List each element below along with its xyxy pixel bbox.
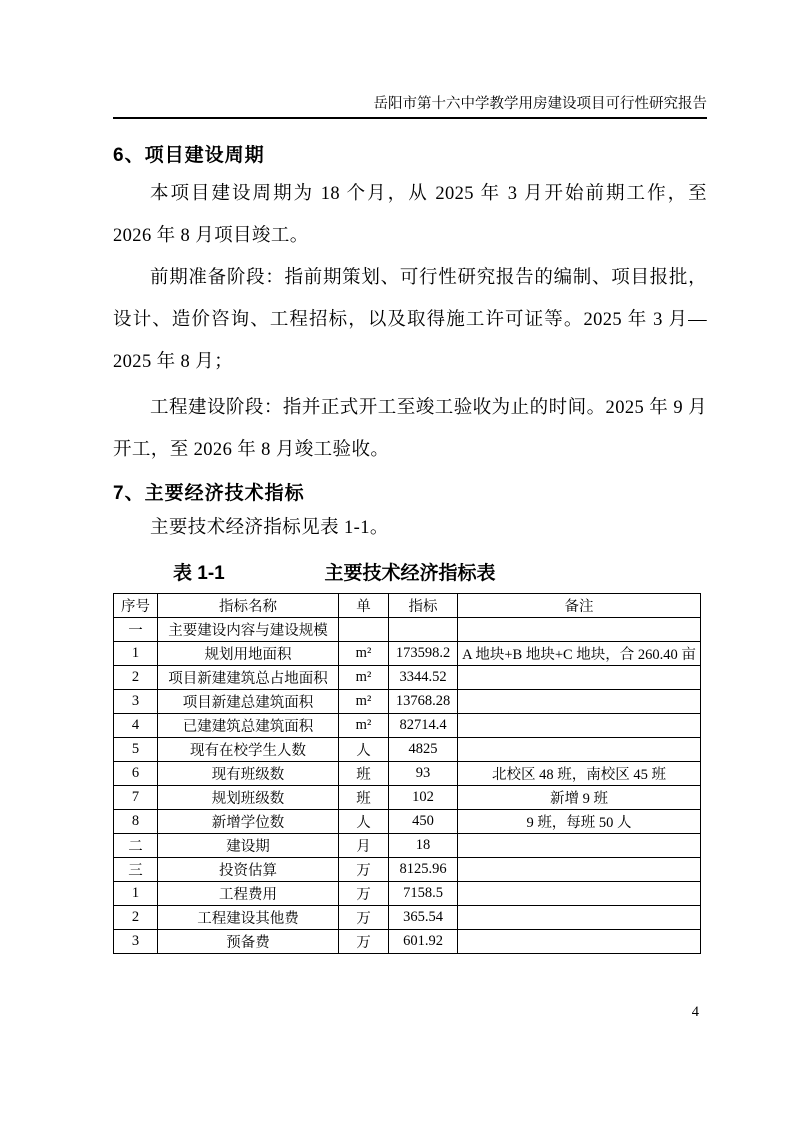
running-header: 岳阳市第十六中学教学用房建设项目可行性研究报告 [113,97,707,119]
table-caption-label: 表 1-1 [173,561,225,587]
table-cell: 8 [114,810,158,834]
table-row: 6现有班级数班93北校区 48 班，南校区 45 班 [114,762,701,786]
column-header-remark: 备注 [458,594,701,618]
table-cell: 601.92 [389,930,458,954]
page-number: 4 [113,1004,699,1020]
table-cell: 已建建筑总建筑面积 [158,714,339,738]
table-cell: 人 [339,810,389,834]
table-cell: 6 [114,762,158,786]
table-cell: 万 [339,858,389,882]
table-row: 8新增学位数人4509 班，每班 50 人 [114,810,701,834]
table-cell: 18 [389,834,458,858]
column-header-unit: 单 [339,594,389,618]
table-cell: 3 [114,690,158,714]
table-row: 三投资估算万8125.96 [114,858,701,882]
table-cell: 2 [114,666,158,690]
table-cell: 450 [389,810,458,834]
paragraph-preparation-stage: 前期准备阶段：指前期策划、可行性研究报告的编制、项目报批，设计、造价咨询、工程招… [113,257,707,383]
table-cell: 新增学位数 [158,810,339,834]
table-cell: m² [339,690,389,714]
table-cell: 1 [114,642,158,666]
table-cell [458,834,701,858]
document-page: 岳阳市第十六中学教学用房建设项目可行性研究报告 6、项目建设周期 本项目建设周期… [0,0,793,1122]
table-caption: 表 1-1 主要技术经济指标表 [113,561,707,587]
table-cell: 主要建设内容与建设规模 [158,618,339,642]
table-row: 3预备费万601.92 [114,930,701,954]
section-heading-6: 6、项目建设周期 [113,143,707,169]
table-row: 3项目新建总建筑面积m²13768.28 [114,690,701,714]
paragraph-construction-stage: 工程建设阶段：指并正式开工至竣工验收为止的时间。2025 年 9 月开工，至 2… [113,387,707,471]
table-row: 4已建建筑总建筑面积m²82714.4 [114,714,701,738]
table-cell: 8125.96 [389,858,458,882]
table-row: 一主要建设内容与建设规模 [114,618,701,642]
table-cell: 一 [114,618,158,642]
table-cell: 项目新建建筑总占地面积 [158,666,339,690]
table-cell [458,666,701,690]
paragraph-table-reference: 主要技术经济指标见表 1-1。 [113,507,707,549]
table-cell: 现有在校学生人数 [158,738,339,762]
table-cell: 365.54 [389,906,458,930]
table-cell: A 地块+B 地块+C 地块，合 260.40 亩 [458,642,701,666]
table-cell: 93 [389,762,458,786]
table-cell: 3 [114,930,158,954]
table-cell: 规划用地面积 [158,642,339,666]
table-cell: 4 [114,714,158,738]
table-cell: 5 [114,738,158,762]
table-row: 2项目新建建筑总占地面积m²3344.52 [114,666,701,690]
table-row: 7规划班级数班102新增 9 班 [114,786,701,810]
table-row: 5现有在校学生人数人4825 [114,738,701,762]
table-cell [458,882,701,906]
table-cell: 人 [339,738,389,762]
table-cell: m² [339,666,389,690]
table-cell: 万 [339,906,389,930]
table-cell: 万 [339,930,389,954]
table-cell: 月 [339,834,389,858]
table-cell: 4825 [389,738,458,762]
indicator-table: 序号 指标名称 单 指标 备注 一主要建设内容与建设规模1规划用地面积m²173… [113,593,701,954]
table-caption-title: 主要技术经济指标表 [324,563,495,584]
table-cell [458,618,701,642]
table-cell: 建设期 [158,834,339,858]
indicator-table-body: 一主要建设内容与建设规模1规划用地面积m²173598.2A 地块+B 地块+C… [114,618,701,954]
table-row: 2工程建设其他费万365.54 [114,906,701,930]
table-cell: 7 [114,786,158,810]
table-cell: 173598.2 [389,642,458,666]
table-cell: 102 [389,786,458,810]
column-header-seq: 序号 [114,594,158,618]
table-cell [458,714,701,738]
table-cell: 7158.5 [389,882,458,906]
table-cell: m² [339,714,389,738]
table-cell: 新增 9 班 [458,786,701,810]
table-cell [458,930,701,954]
table-cell: 预备费 [158,930,339,954]
table-cell: 二 [114,834,158,858]
column-header-value: 指标 [389,594,458,618]
table-cell: 工程费用 [158,882,339,906]
table-cell [458,690,701,714]
table-cell [458,858,701,882]
table-cell: 3344.52 [389,666,458,690]
table-cell: 现有班级数 [158,762,339,786]
table-cell: 三 [114,858,158,882]
column-header-name: 指标名称 [158,594,339,618]
table-header-row: 序号 指标名称 单 指标 备注 [114,594,701,618]
section-heading-7: 7、主要经济技术指标 [113,481,707,507]
table-cell [458,738,701,762]
table-cell: 万 [339,882,389,906]
table-cell: 2 [114,906,158,930]
table-cell: 项目新建总建筑面积 [158,690,339,714]
table-cell: 规划班级数 [158,786,339,810]
table-cell: 1 [114,882,158,906]
paragraph-build-period: 本项目建设周期为 18 个月，从 2025 年 3 月开始前期工作，至 2026… [113,173,707,257]
table-cell: 工程建设其他费 [158,906,339,930]
table-cell: 班 [339,786,389,810]
table-cell [339,618,389,642]
table-cell: 13768.28 [389,690,458,714]
table-cell [458,906,701,930]
table-cell: 班 [339,762,389,786]
table-row: 二建设期月18 [114,834,701,858]
table-row: 1工程费用万7158.5 [114,882,701,906]
table-row: 1规划用地面积m²173598.2A 地块+B 地块+C 地块，合 260.40… [114,642,701,666]
table-cell: 82714.4 [389,714,458,738]
table-cell: 9 班，每班 50 人 [458,810,701,834]
table-cell [389,618,458,642]
table-cell: m² [339,642,389,666]
table-cell: 北校区 48 班，南校区 45 班 [458,762,701,786]
table-cell: 投资估算 [158,858,339,882]
